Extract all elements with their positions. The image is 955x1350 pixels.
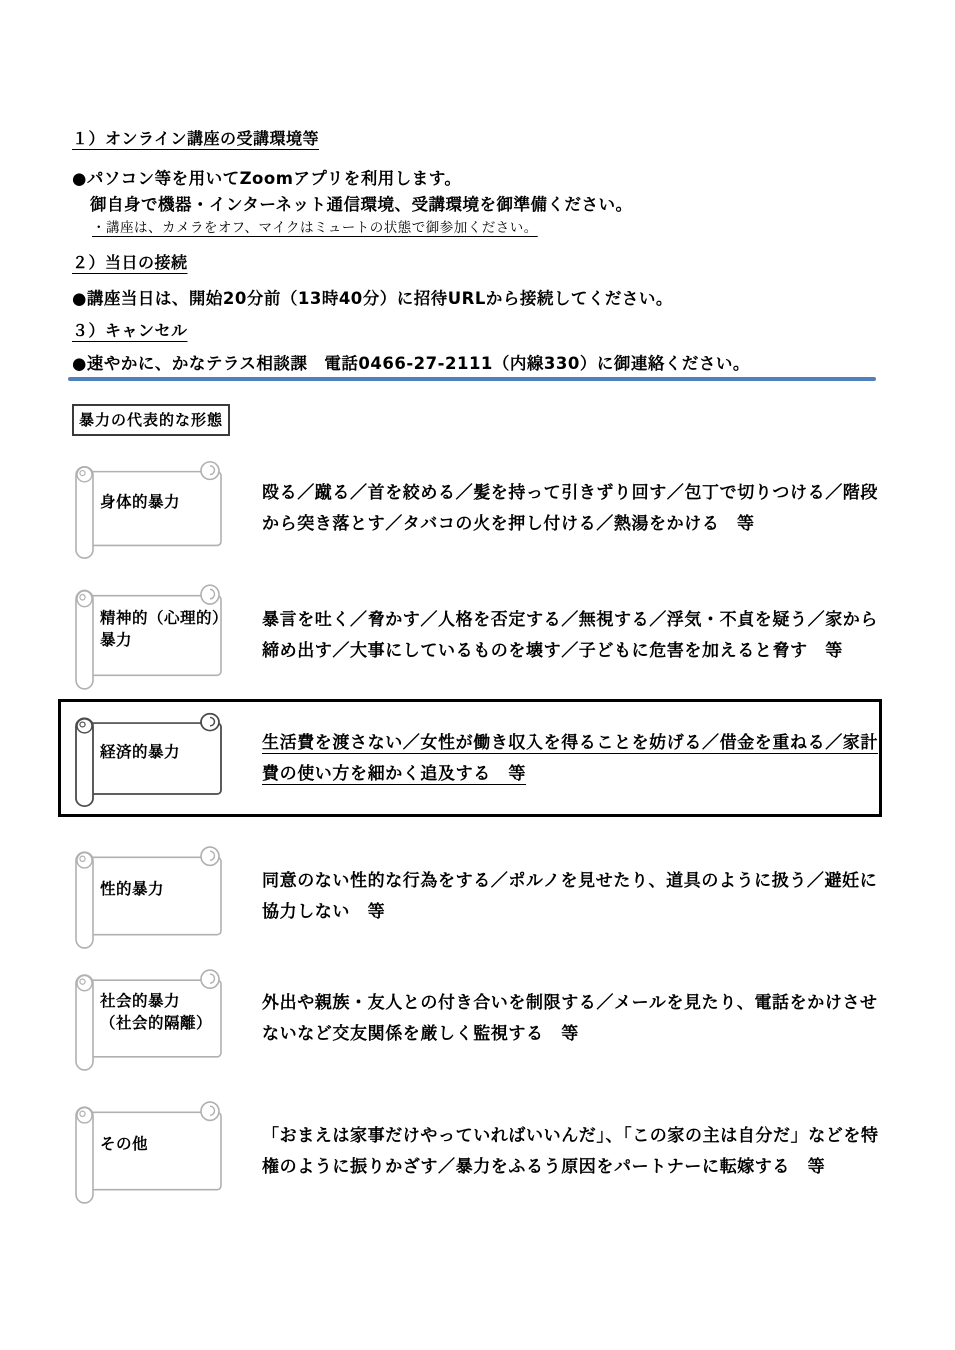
violence-row: 性的暴力 同意のない性的な行為をする／ポルノを見せたり、道具のように扱う／避妊に… <box>72 843 882 950</box>
violence-row: 身体的暴力 殴る／蹴る／首を絞める／髪を持って引きずり回す／包丁で切りつける／階… <box>72 458 882 560</box>
section-2-heading: ２）当日の接続 <box>72 250 188 273</box>
scroll-shape: 性的暴力 <box>72 843 237 950</box>
section-1-note: ・講座は、カメラをオフ、マイクはミュートの状態で御参加ください。 <box>92 216 538 236</box>
violence-label: 社会的暴力 （社会的隔離） <box>100 966 229 1058</box>
blue-divider <box>68 377 876 381</box>
scroll-shape: その他 <box>72 1098 237 1205</box>
violence-row: 精神的（心理的） 暴力 暴言を吐く／脅かす／人格を否定する／無視する／浮気・不貞… <box>72 581 882 691</box>
scroll-shape: 身体的暴力 <box>72 458 237 560</box>
violence-label: その他 <box>100 1098 229 1191</box>
violence-description: 暴言を吐く／脅かす／人格を否定する／無視する／浮気・不貞を疑う／家から締め出す／… <box>262 605 880 667</box>
section-3-heading: ３）キャンセル <box>72 318 188 341</box>
section-1-heading: １）オンライン講座の受講環境等 <box>72 126 319 149</box>
violence-description: 「おまえは家事だけやっていればいいんだ」、「この家の主は自分だ」などを特権のよう… <box>262 1121 880 1183</box>
section-2-line-1: ●講座当日は、開始20分前（13時40分）に招待URLから接続してください。 <box>72 285 673 309</box>
violence-row: 社会的暴力 （社会的隔離） 外出や親族・友人との付き合いを制限する／メールを見た… <box>72 966 882 1072</box>
violence-label: 経済的暴力 <box>100 710 229 794</box>
violence-section-title: 暴力の代表的な形態 <box>72 404 230 436</box>
violence-description: 外出や親族・友人との付き合いを制限する／メールを見たり、電話をかけさせないなど交… <box>262 988 880 1050</box>
violence-description: 生活費を渡さない／女性が働き収入を得ることを妨げる／借金を重ねる／家計費の使い方… <box>262 728 880 790</box>
scroll-shape: 精神的（心理的） 暴力 <box>72 581 237 691</box>
violence-label: 身体的暴力 <box>100 458 229 546</box>
section-1-line-1: ●パソコン等を用いてZoomアプリを利用します。 <box>72 165 461 189</box>
scroll-shape: 経済的暴力 <box>72 710 237 808</box>
scroll-shape: 社会的暴力 （社会的隔離） <box>72 966 237 1072</box>
violence-label: 精神的（心理的） 暴力 <box>100 581 229 677</box>
violence-description: 同意のない性的な行為をする／ポルノを見せたり、道具のように扱う／避妊に協力しない… <box>262 866 880 928</box>
violence-description: 殴る／蹴る／首を絞める／髪を持って引きずり回す／包丁で切りつける／階段から突き落… <box>262 478 880 540</box>
violence-label: 性的暴力 <box>100 843 229 936</box>
section-1-line-2: 御自身で機器・インターネット通信環境、受講環境を御準備ください。 <box>90 191 633 215</box>
violence-row-highlighted: 経済的暴力 生活費を渡さない／女性が働き収入を得ることを妨げる／借金を重ねる／家… <box>72 710 882 808</box>
violence-row: その他 「おまえは家事だけやっていればいいんだ」、「この家の主は自分だ」などを特… <box>72 1098 882 1205</box>
section-3-line-1: ●速やかに、かなテラス相談課 電話0466-27-2111（内線330）に御連絡… <box>72 350 750 374</box>
